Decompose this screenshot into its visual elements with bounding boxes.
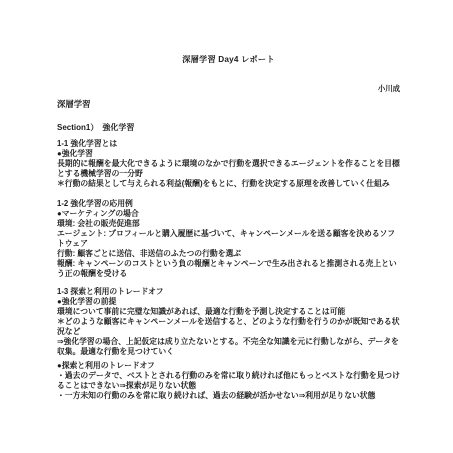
body-line: ●マーケティングの場合 (57, 209, 400, 219)
section-1-1-title: 1-1 強化学習とは (57, 139, 400, 149)
section-1-2-title: 1-2 強化学習の応用例 (57, 199, 400, 209)
body-line: ＊行動の結果として与えられる利益(報酬)をもとに、行動を決定する原理を改善してい… (57, 179, 400, 189)
body-line: ・過去のデータで、ベストとされる行動のみを常に取り続ければ他にもっとベストな行動… (57, 371, 400, 391)
body-line: ⇒強化学習の場合、上記仮定は成り立たないとする。不完全な知識を元に行動しながら、… (57, 337, 400, 357)
body-line: 長期的に報酬を最大化できるように環境のなかで行動を選択できるエージェントを作るこ… (57, 159, 400, 179)
tradeoff-block: ●探索と利用のトレードオフ ・過去のデータで、ベストとされる行動のみを常に取り続… (57, 361, 400, 401)
report-page: 深層学習 Day4 レポート 小川成 深層学習 Section1） 強化学習 1… (0, 0, 453, 453)
section-1-1-block: 1-1 強化学習とは ●強化学習 長期的に報酬を最大化できるように環境のなかで行… (57, 139, 400, 189)
body-line: エージェント: プロフィールと購入履歴に基づいて、キャンペーンメールを送る顧客を… (57, 229, 400, 249)
body-line: ・一方未知の行動のみを常に取り続ければ、過去の経験が活かせない⇒利用が足りない状… (57, 391, 400, 401)
body-line: ●強化学習 (57, 149, 400, 159)
document-heading: 深層学習 (57, 99, 400, 109)
section-1-2-block: 1-2 強化学習の応用例 ●マーケティングの場合 環境: 会社の販売促進部 エー… (57, 199, 400, 279)
section1-heading: Section1） 強化学習 (57, 123, 400, 133)
section-1-3-block: 1-3 探索と利用のトレードオフ ●強化学習の前提 環境について事前に完璧な知識… (57, 287, 400, 357)
body-line: 行動: 顧客ごとに送信、非送信のふたつの行動を選ぶ (57, 249, 400, 259)
body-line: ＊どのような顧客にキャンペーンメールを送信すると、どのような行動を行うのかが既知… (57, 317, 400, 337)
body-line: 報酬: キャンペーンのコストという負の報酬とキャンペーンで生み出されると推測され… (57, 259, 400, 279)
body-line: 環境: 会社の販売促進部 (57, 219, 400, 229)
section-1-3-title: 1-3 探索と利用のトレードオフ (57, 287, 400, 297)
document-title: 深層学習 Day4 レポート (57, 55, 400, 65)
body-line: 環境について事前に完璧な知識があれば、最適な行動を予測し決定することは可能 (57, 307, 400, 317)
tradeoff-subheading: ●探索と利用のトレードオフ (57, 361, 400, 371)
body-line: ●強化学習の前提 (57, 297, 400, 307)
author-name: 小川成 (57, 84, 400, 94)
